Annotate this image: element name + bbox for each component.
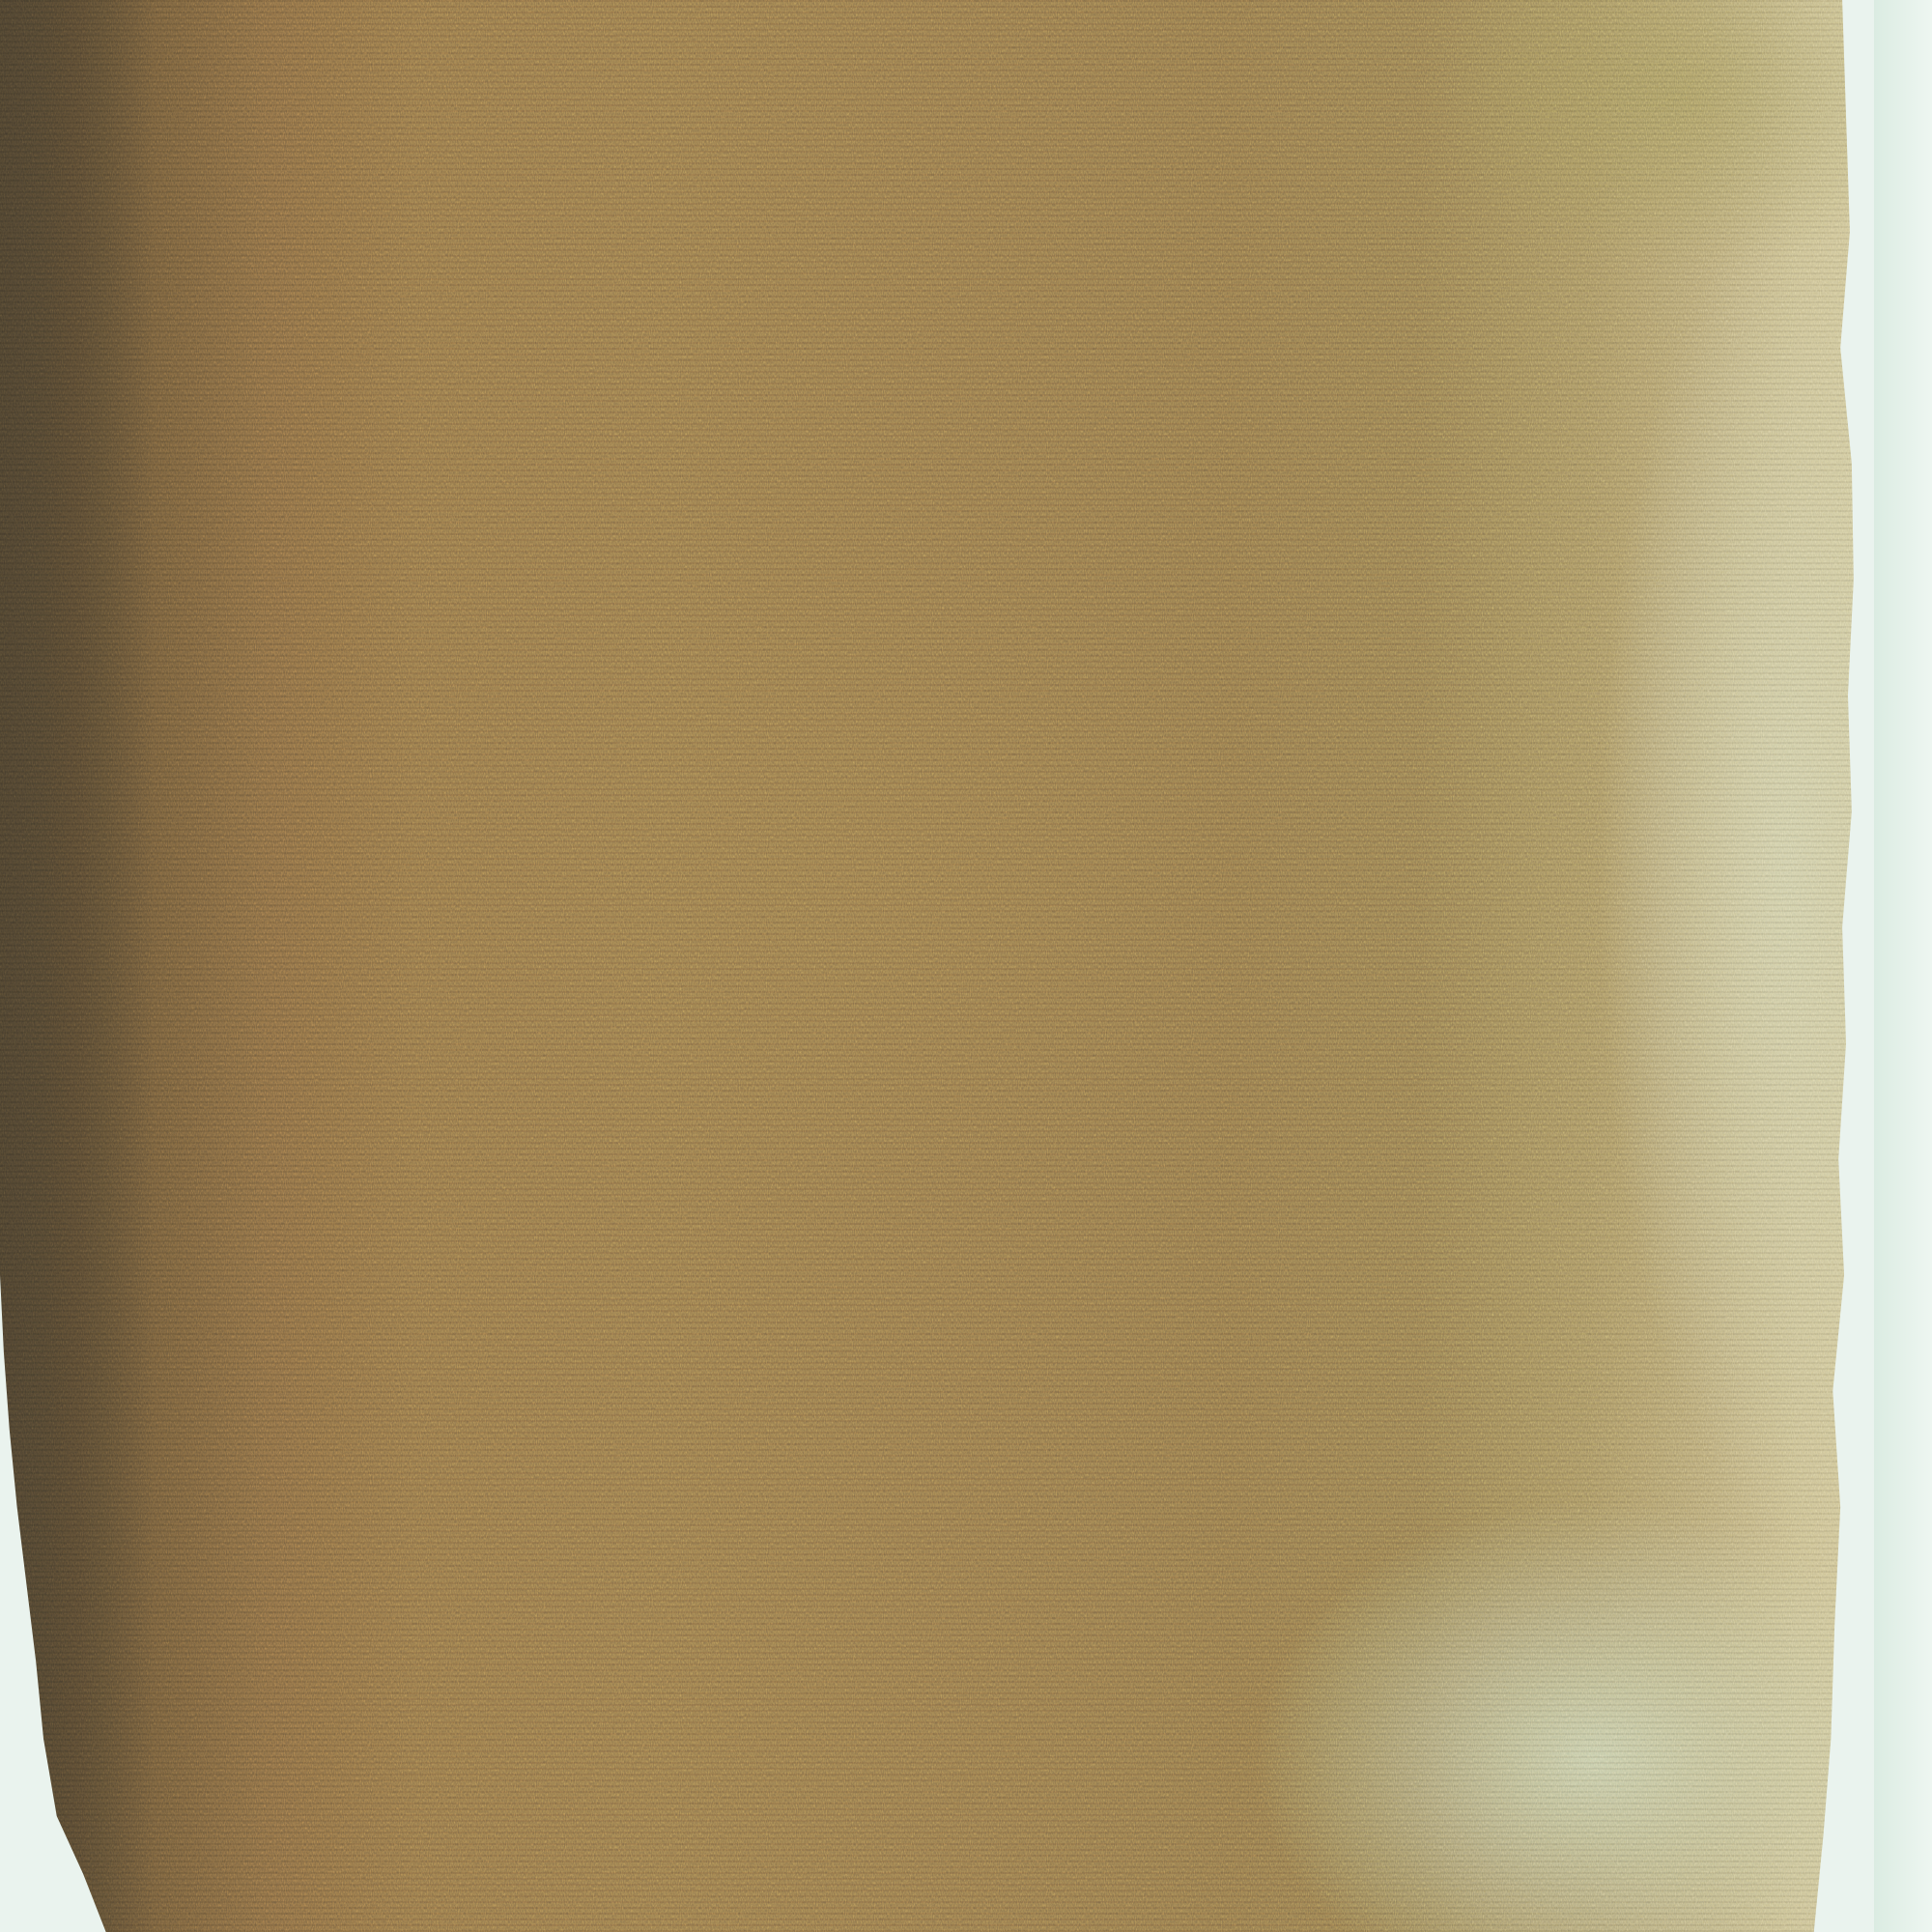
paper-margin: [1874, 0, 1932, 1932]
paper-background: [0, 0, 1932, 1932]
paint-swatch: [0, 0, 1891, 1932]
paper-grain-texture: [0, 0, 1891, 1932]
